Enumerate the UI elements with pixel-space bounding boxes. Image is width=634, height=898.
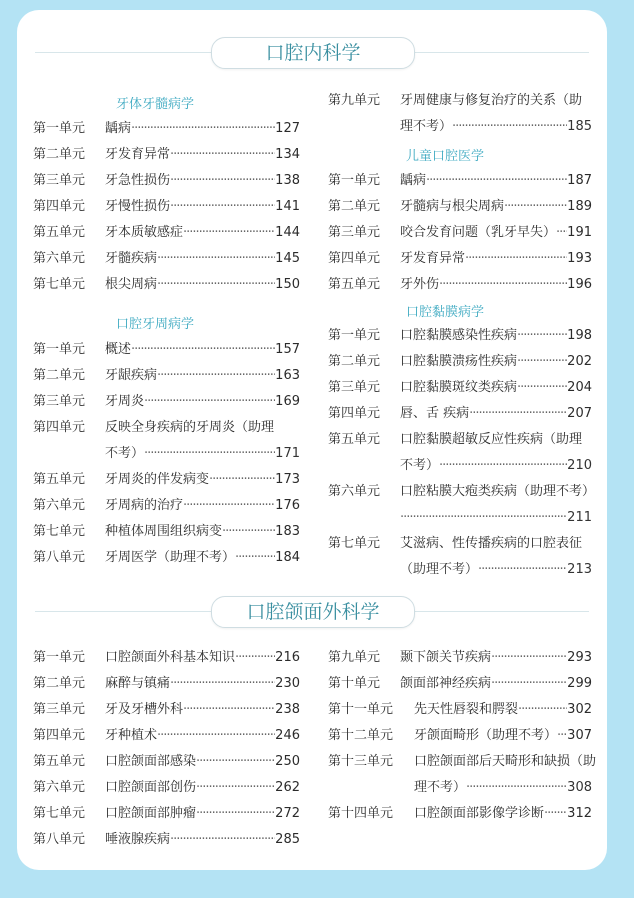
unit-label: 第四单元 <box>328 249 400 269</box>
entry-title: 口腔颌面部肿瘤 <box>105 804 196 824</box>
entry-title: 麻醉与镇痛 <box>105 674 170 694</box>
page-number: 169 <box>275 392 300 412</box>
leader-dots: ········································… <box>196 752 275 772</box>
leader-dots: ········································… <box>517 352 567 372</box>
entry-title-cont: 不考） <box>400 456 439 476</box>
page-number: 285 <box>275 830 300 850</box>
toc-entry[interactable]: 第十三单元口腔颌面部后天畸形和缺损（助 <box>328 752 596 772</box>
toc-entry[interactable]: 第五单元牙本质敏感症······························… <box>33 223 300 243</box>
page-number: 210 <box>567 456 592 476</box>
unit-label: 第一单元 <box>328 326 400 346</box>
unit-label: 第三单元 <box>33 171 105 191</box>
toc-entry-continued: 理不考）····································… <box>400 117 592 137</box>
page-number: 145 <box>275 249 300 269</box>
page-number: 171 <box>275 444 300 464</box>
subsection-title: 牙体牙髓病学 <box>20 93 290 112</box>
unit-label: 第三单元 <box>33 392 105 412</box>
toc-entry[interactable]: 第五单元牙外伤·································… <box>328 275 592 295</box>
unit-label: 第四单元 <box>328 404 400 424</box>
page-number: 211 <box>567 508 592 528</box>
page-number: 183 <box>275 522 300 542</box>
toc-entry-continued: 不考）·····································… <box>105 444 300 464</box>
unit-label: 第三单元 <box>328 378 400 398</box>
entry-title: 口腔黏膜超敏反应性疾病（助理 <box>400 430 582 450</box>
toc-entry[interactable]: 第六单元牙髓疾病································… <box>33 249 300 269</box>
unit-label: 第七单元 <box>33 522 105 542</box>
toc-entry[interactable]: 第五单元牙周炎的伴发病变····························… <box>33 470 300 490</box>
toc-entry[interactable]: 第八单元唾液腺疾病·······························… <box>33 830 300 850</box>
page-number: 302 <box>567 700 592 720</box>
unit-label: 第十单元 <box>328 674 400 694</box>
page-number: 157 <box>275 340 300 360</box>
leader-dots: ········································… <box>469 404 567 424</box>
unit-label: 第五单元 <box>328 430 400 450</box>
toc-entry[interactable]: 第九单元牙周健康与修复治疗的关系（助 <box>328 91 582 111</box>
page-number: 184 <box>275 548 300 568</box>
leader-dots: ········································… <box>209 470 275 490</box>
subsection-title: 口腔牙周病学 <box>20 313 290 332</box>
toc-entry[interactable]: 第三单元口腔黏膜斑纹类疾病···························… <box>328 378 592 398</box>
toc-entry[interactable]: 第三单元咬合发育问题（乳牙早失）························… <box>328 223 592 243</box>
page-number: 250 <box>275 752 300 772</box>
entry-title: 口腔黏膜斑纹类疾病 <box>400 378 517 398</box>
toc-entry[interactable]: 第四单元牙慢性损伤·······························… <box>33 197 300 217</box>
toc-entry[interactable]: 第四单元反映全身疾病的牙周炎（助理 <box>33 418 274 438</box>
toc-entry[interactable]: 第九单元颞下颌关节疾病·····························… <box>328 648 592 668</box>
toc-entry[interactable]: 第七单元口腔颌面部肿瘤·····························… <box>33 804 300 824</box>
toc-entry[interactable]: 第三单元牙周炎·································… <box>33 392 300 412</box>
entry-title: 牙发育异常 <box>105 145 170 165</box>
toc-entry[interactable]: 第二单元麻醉与镇痛·······························… <box>33 674 300 694</box>
toc-entry[interactable]: 第八单元牙周医学（助理不考）··························… <box>33 548 300 568</box>
unit-label: 第二单元 <box>328 352 400 372</box>
subsection-title: 儿童口腔医学 <box>310 145 580 164</box>
unit-label: 第六单元 <box>33 496 105 516</box>
unit-label: 第六单元 <box>33 778 105 798</box>
entry-title: 牙髓病与根尖周病 <box>400 197 504 217</box>
page-number: 246 <box>275 726 300 746</box>
page-number: 176 <box>275 496 300 516</box>
leader-dots: ········································… <box>222 522 275 542</box>
entry-title-cont: 理不考） <box>414 778 466 798</box>
entry-title: 牙颌面畸形（助理不考） <box>414 726 557 746</box>
leader-dots: ········································… <box>235 648 275 668</box>
toc-entry[interactable]: 第十一单元先天性唇裂和腭裂···························… <box>328 700 592 720</box>
page-number: 307 <box>567 726 592 746</box>
toc-entry-continued: 理不考）····································… <box>414 778 592 798</box>
entry-title: 唇、舌 疾病 <box>400 404 469 424</box>
page-number: 187 <box>567 171 592 191</box>
entry-title: 牙周炎 <box>105 392 144 412</box>
leader-dots: ········································… <box>504 197 567 217</box>
entry-title: 牙外伤 <box>400 275 439 295</box>
unit-label: 第五单元 <box>33 223 105 243</box>
toc-entry[interactable]: 第十四单元口腔颌面部影像学诊断·························… <box>328 804 592 824</box>
unit-label: 第七单元 <box>33 804 105 824</box>
unit-label: 第二单元 <box>33 674 105 694</box>
unit-label: 第四单元 <box>33 726 105 746</box>
entry-title: 艾滋病、性传播疾病的口腔表征 <box>400 534 582 554</box>
page-number: 150 <box>275 275 300 295</box>
toc-entry[interactable]: 第三单元牙急性损伤·······························… <box>33 171 300 191</box>
entry-title: 口腔颌面外科基本知识 <box>105 648 235 668</box>
unit-label: 第七单元 <box>33 275 105 295</box>
leader-dots: ········································… <box>183 496 275 516</box>
entry-title: 口腔黏膜感染性疾病 <box>400 326 517 346</box>
leader-dots: ········································… <box>426 171 567 191</box>
leader-dots: ········································… <box>144 392 275 412</box>
leader-dots: ········································… <box>157 366 275 386</box>
leader-dots: ········································… <box>196 804 275 824</box>
page-number: 312 <box>567 804 592 824</box>
entry-title: 牙发育异常 <box>400 249 465 269</box>
entry-title: 咬合发育问题（乳牙早失） <box>400 223 556 243</box>
divider <box>35 52 225 53</box>
toc-entry[interactable]: 第七单元根尖周病································… <box>33 275 300 295</box>
unit-label: 第十一单元 <box>328 700 414 720</box>
page-number: 216 <box>275 648 300 668</box>
unit-label: 第九单元 <box>328 91 400 111</box>
page-number: 272 <box>275 804 300 824</box>
unit-label: 第一单元 <box>33 340 105 360</box>
leader-dots: ········································… <box>170 197 275 217</box>
leader-dots: ········································… <box>170 830 275 850</box>
unit-label: 第八单元 <box>33 830 105 850</box>
page-number: 127 <box>275 119 300 139</box>
leader-dots: ········································… <box>196 778 275 798</box>
page-number: 185 <box>567 117 592 137</box>
page-number: 207 <box>567 404 592 424</box>
unit-label: 第五单元 <box>328 275 400 295</box>
leader-dots: ········································… <box>517 378 567 398</box>
entry-title: 种植体周围组织病变 <box>105 522 222 542</box>
page-number: 198 <box>567 326 592 346</box>
entry-title: 口腔颌面部后天畸形和缺损（助 <box>414 752 596 772</box>
entry-title-cont: （助理不考） <box>400 560 478 580</box>
section-header: 口腔颌面外科学 <box>17 596 607 628</box>
leader-dots: ········································… <box>144 444 275 464</box>
toc-entry[interactable]: 第一单元概述··································… <box>33 340 300 360</box>
leader-dots: ········································… <box>170 171 275 191</box>
toc-entry[interactable]: 第五单元口腔颌面部感染·····························… <box>33 752 300 772</box>
entry-title-cont: 不考） <box>105 444 144 464</box>
leader-dots: ········································… <box>170 145 275 165</box>
leader-dots: ········································… <box>157 249 275 269</box>
leader-dots: ········································… <box>400 508 567 528</box>
section-title: 口腔颌面外科学 <box>211 596 415 628</box>
leader-dots: ········································… <box>491 648 567 668</box>
leader-dots: ········································… <box>557 726 567 746</box>
toc-entry[interactable]: 第一单元龋病··································… <box>33 119 300 139</box>
leader-dots: ········································… <box>439 275 567 295</box>
entry-title-cont: 理不考） <box>400 117 452 137</box>
toc-entry-continued: （助理不考）··································… <box>400 560 592 580</box>
page-number: 293 <box>567 648 592 668</box>
toc-entry-continued: 不考）·····································… <box>400 456 592 476</box>
leader-dots: ········································… <box>439 456 567 476</box>
page-number: 299 <box>567 674 592 694</box>
leader-dots: ········································… <box>466 778 567 798</box>
unit-label: 第三单元 <box>328 223 400 243</box>
entry-title: 牙慢性损伤 <box>105 197 170 217</box>
entry-title: 牙周炎的伴发病变 <box>105 470 209 490</box>
entry-title: 牙髓疾病 <box>105 249 157 269</box>
toc-entry[interactable]: 第三单元牙及牙槽外科······························… <box>33 700 300 720</box>
page-number: 308 <box>567 778 592 798</box>
unit-label: 第一单元 <box>328 171 400 191</box>
toc-entry[interactable]: 第五单元口腔黏膜超敏反应性疾病（助理 <box>328 430 582 450</box>
page-number: 173 <box>275 470 300 490</box>
entry-title: 概述 <box>105 340 131 360</box>
divider <box>35 611 225 612</box>
unit-label: 第一单元 <box>33 648 105 668</box>
subsection-title: 口腔黏膜病学 <box>310 301 580 320</box>
entry-title: 颌面部神经疾病 <box>400 674 491 694</box>
entry-title: 牙及牙槽外科 <box>105 700 183 720</box>
page-number: 138 <box>275 171 300 191</box>
divider <box>399 52 589 53</box>
toc-entry[interactable]: 第一单元龋病··································… <box>328 171 592 191</box>
page-number: 230 <box>275 674 300 694</box>
unit-label: 第四单元 <box>33 197 105 217</box>
divider <box>399 611 589 612</box>
toc-entry[interactable]: 第十二单元牙颌面畸形（助理不考）························… <box>328 726 592 746</box>
page-number: 144 <box>275 223 300 243</box>
unit-label: 第四单元 <box>33 418 105 438</box>
page-number: 189 <box>567 197 592 217</box>
entry-title: 口腔颌面部影像学诊断 <box>414 804 544 824</box>
unit-label: 第三单元 <box>33 700 105 720</box>
page-number: 262 <box>275 778 300 798</box>
leader-dots: ········································… <box>157 726 275 746</box>
toc-entry[interactable]: 第六单元牙周病的治疗······························… <box>33 496 300 516</box>
leader-dots: ········································… <box>170 674 275 694</box>
unit-label: 第六单元 <box>33 249 105 269</box>
toc-entry[interactable]: 第七单元种植体周围组织病变···························… <box>33 522 300 542</box>
entry-title: 先天性唇裂和腭裂 <box>414 700 518 720</box>
unit-label: 第六单元 <box>328 482 400 502</box>
unit-label: 第一单元 <box>33 119 105 139</box>
leader-dots: ········································… <box>131 340 275 360</box>
leader-dots: ········································… <box>518 700 567 720</box>
unit-label: 第五单元 <box>33 752 105 772</box>
toc-entry[interactable]: 第四单元牙发育异常·······························… <box>328 249 592 269</box>
unit-label: 第二单元 <box>328 197 400 217</box>
entry-title: 龋病 <box>400 171 426 191</box>
section-header: 口腔内科学 <box>17 37 607 69</box>
page-number: 238 <box>275 700 300 720</box>
entry-title: 口腔粘膜大疱类疾病（助理不考） <box>400 482 595 502</box>
toc-entry-continued: ········································… <box>400 508 592 528</box>
entry-title: 牙周健康与修复治疗的关系（助 <box>400 91 582 111</box>
leader-dots: ········································… <box>235 548 275 568</box>
entry-title: 唾液腺疾病 <box>105 830 170 850</box>
page-number: 191 <box>567 223 592 243</box>
unit-label: 第七单元 <box>328 534 400 554</box>
toc-entry[interactable]: 第十单元颌面部神经疾病·····························… <box>328 674 592 694</box>
entry-title: 口腔颌面部感染 <box>105 752 196 772</box>
toc-entry[interactable]: 第一单元口腔黏膜感染性疾病···························… <box>328 326 592 346</box>
leader-dots: ········································… <box>183 700 275 720</box>
unit-label: 第十四单元 <box>328 804 414 824</box>
toc-entry[interactable]: 第七单元艾滋病、性传播疾病的口腔表征 <box>328 534 582 554</box>
page-number: 163 <box>275 366 300 386</box>
page-number: 213 <box>567 560 592 580</box>
leader-dots: ········································… <box>157 275 275 295</box>
page-number: 202 <box>567 352 592 372</box>
leader-dots: ········································… <box>478 560 567 580</box>
leader-dots: ········································… <box>183 223 275 243</box>
toc-entry[interactable]: 第二单元牙龈疾病································… <box>33 366 300 386</box>
leader-dots: ········································… <box>556 223 567 243</box>
toc-entry[interactable]: 第六单元口腔颌面部创伤·····························… <box>33 778 300 798</box>
entry-title: 根尖周病 <box>105 275 157 295</box>
entry-title: 牙龈疾病 <box>105 366 157 386</box>
page-number: 134 <box>275 145 300 165</box>
entry-title: 反映全身疾病的牙周炎（助理 <box>105 418 274 438</box>
section-title: 口腔内科学 <box>211 37 415 69</box>
page-number: 193 <box>567 249 592 269</box>
unit-label: 第二单元 <box>33 366 105 386</box>
page-number: 196 <box>567 275 592 295</box>
entry-title: 牙种植术 <box>105 726 157 746</box>
entry-title: 龋病 <box>105 119 131 139</box>
leader-dots: ········································… <box>544 804 567 824</box>
unit-label: 第十三单元 <box>328 752 414 772</box>
entry-title: 牙急性损伤 <box>105 171 170 191</box>
unit-label: 第二单元 <box>33 145 105 165</box>
page-number: 141 <box>275 197 300 217</box>
toc-entry[interactable]: 第二单元牙发育异常·······························… <box>33 145 300 165</box>
leader-dots: ········································… <box>517 326 567 346</box>
toc-entry[interactable]: 第四单元牙种植术································… <box>33 726 300 746</box>
entry-title: 牙周医学（助理不考） <box>105 548 235 568</box>
leader-dots: ········································… <box>491 674 567 694</box>
leader-dots: ········································… <box>465 249 567 269</box>
toc-entry[interactable]: 第二单元口腔黏膜溃疡性疾病···························… <box>328 352 592 372</box>
entry-title: 颞下颌关节疾病 <box>400 648 491 668</box>
leader-dots: ········································… <box>131 119 275 139</box>
entry-title: 牙本质敏感症 <box>105 223 183 243</box>
toc-entry[interactable]: 第一单元口腔颌面外科基本知识··························… <box>33 648 300 668</box>
entry-title: 口腔黏膜溃疡性疾病 <box>400 352 517 372</box>
toc-entry[interactable]: 第六单元口腔粘膜大疱类疾病（助理不考） <box>328 482 595 502</box>
page-number: 204 <box>567 378 592 398</box>
toc-entry[interactable]: 第二单元牙髓病与根尖周病····························… <box>328 197 592 217</box>
toc-entry[interactable]: 第四单元唇、舌 疾病······························… <box>328 404 592 424</box>
leader-dots: ········································… <box>452 117 567 137</box>
entry-title: 口腔颌面部创伤 <box>105 778 196 798</box>
unit-label: 第五单元 <box>33 470 105 490</box>
unit-label: 第九单元 <box>328 648 400 668</box>
unit-label: 第十二单元 <box>328 726 414 746</box>
unit-label: 第八单元 <box>33 548 105 568</box>
entry-title: 牙周病的治疗 <box>105 496 183 516</box>
